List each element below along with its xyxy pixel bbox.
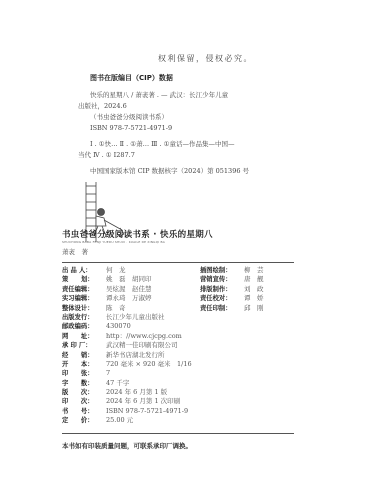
rights-notice: 权利保留，侵权必究。: [158, 53, 253, 64]
credit-label: 整体设计：: [62, 304, 106, 313]
divider: [62, 433, 294, 434]
credit-label: 责任印制：: [200, 304, 244, 313]
credit-label: 版 次：: [62, 388, 106, 397]
credit-row: 开 本：720 毫米 × 920 毫米 1/16: [62, 360, 192, 369]
credit-label: 营销宣传：: [200, 275, 244, 284]
credit-row: 营销宣传：唐 靓: [200, 275, 264, 284]
credit-value: 姚 磊 胡同印: [106, 275, 152, 284]
credit-label: 字 数：: [62, 379, 106, 388]
credit-label: 印 次：: [62, 397, 106, 406]
credit-row: 责任校对：谭 娇: [200, 294, 264, 303]
credit-row: 网 址：http：//www.cjcpg.com: [62, 332, 192, 341]
credit-row: 插图绘制：柳 芸: [200, 266, 264, 275]
credit-value: 刘 政: [244, 285, 264, 294]
credit-value: 唐 靓: [244, 275, 264, 284]
credit-value: 谭永琦 万淑婷: [106, 294, 152, 303]
credit-label: 承 印 厂：: [62, 341, 106, 350]
credit-value: 430070: [106, 322, 131, 331]
credit-label: 经 销：: [62, 351, 106, 360]
credit-row: 整体设计：陈 奇: [62, 304, 192, 313]
credit-label: 排版制作：: [200, 285, 244, 294]
credit-value: ISBN 978-7-5721-4971-9: [106, 407, 188, 416]
cip-line: 快乐的星期八 / 萧袤著 . — 武汉：长江少年儿童: [90, 90, 228, 101]
series-title: 书虫爸爸分级阅读书系 · 快乐的星期八: [62, 228, 213, 240]
credit-label: 邮政编码：: [62, 322, 106, 331]
credit-label: 策 划：: [62, 275, 106, 284]
cip-classification-cont: 当代 Ⅳ . ① I287.7: [78, 150, 135, 161]
credit-value: 谭 娇: [244, 294, 264, 303]
series-title-pinyin: SHUCHONG BABA FENJI YUEDU SHUXI · KUAILE…: [62, 240, 165, 244]
credit-value: 柳 芸: [244, 266, 264, 275]
credit-label: 书 号：: [62, 407, 106, 416]
cip-line: （书虫爸爸分级阅读书系）: [90, 112, 168, 123]
credit-label: 责任校对：: [200, 294, 244, 303]
credit-label: 出 品 人：: [62, 266, 106, 275]
credit-value: 新华书店湖北发行所: [106, 351, 165, 360]
cip-line: 出版社，2024.6: [78, 101, 127, 112]
credit-value: 陈 奇: [106, 304, 126, 313]
cip-record-number: 中国国家版本馆 CIP 数据核字（2024）第 051396 号: [90, 166, 249, 177]
credit-value: 武汉精一佳印刷有限公司: [106, 341, 178, 350]
credit-label: 插图绘制：: [200, 266, 244, 275]
credit-value: 何 龙: [106, 266, 126, 275]
credit-row: 邮政编码：430070: [62, 322, 192, 331]
credit-label: 实习编辑：: [62, 294, 106, 303]
credit-row: 书 号：ISBN 978-7-5721-4971-9: [62, 407, 192, 416]
credit-label: 开 本：: [62, 360, 106, 369]
credit-label: 网 址：: [62, 332, 106, 341]
cip-title: 图书在版编目（CIP）数据: [90, 73, 173, 83]
credit-row: 责任编辑：吴炫渥 赵佳慧: [62, 285, 192, 294]
cip-isbn: ISBN 978-7-5721-4971-9: [90, 123, 172, 134]
credits-left-column: 出 品 人：何 龙 策 划：姚 磊 胡同印 责任编辑：吴炫渥 赵佳慧 实习编辑：…: [62, 266, 192, 426]
quality-notice: 本书如有印装质量问题，可联系承印厂调换。: [62, 441, 192, 450]
credit-value: 长江少年儿童出版社: [106, 313, 165, 322]
credit-value: 25.00 元: [106, 416, 133, 425]
credit-row: 承 印 厂：武汉精一佳印刷有限公司: [62, 341, 192, 350]
credit-value: 7: [106, 369, 110, 378]
website-link: http：//www.cjcpg.com: [106, 332, 182, 341]
credit-row: 策 划：姚 磊 胡同印: [62, 275, 192, 284]
credit-row: 经 销：新华书店湖北发行所: [62, 351, 192, 360]
credit-value: 2024 年 6 月第 1 次印刷: [106, 397, 180, 406]
divider: [62, 262, 294, 263]
credit-value: 吴炫渥 赵佳慧: [106, 285, 152, 294]
author: 萧袤 著: [62, 247, 88, 256]
cip-classification: Ⅰ . ①快… Ⅱ . ①萧… Ⅲ . ①童话—作品集—中国—: [90, 139, 234, 150]
credit-row: 实习编辑：谭永琦 万淑婷: [62, 294, 192, 303]
credit-label: 印 张：: [62, 369, 106, 378]
credit-value: 邱 刚: [244, 304, 264, 313]
credit-label: 责任编辑：: [62, 285, 106, 294]
credit-row: 排版制作：刘 政: [200, 285, 264, 294]
credit-label: 定 价：: [62, 416, 106, 425]
credit-row: 责任印制：邱 刚: [200, 304, 264, 313]
credit-value: 720 毫米 × 920 毫米 1/16: [106, 360, 192, 369]
credit-row: 定 价：25.00 元: [62, 416, 192, 425]
credit-row: 印 张：7: [62, 369, 192, 378]
credit-row: 出版发行：长江少年儿童出版社: [62, 313, 192, 322]
credits-right-column: 插图绘制：柳 芸 营销宣传：唐 靓 排版制作：刘 政 责任校对：谭 娇 责任印制…: [200, 266, 264, 313]
credit-row: 字 数：47 千字: [62, 379, 192, 388]
credit-label: 出版发行：: [62, 313, 106, 322]
credit-row: 出 品 人：何 龙: [62, 266, 192, 275]
credit-row: 印 次：2024 年 6 月第 1 次印刷: [62, 397, 192, 406]
credit-value: 47 千字: [106, 379, 129, 388]
